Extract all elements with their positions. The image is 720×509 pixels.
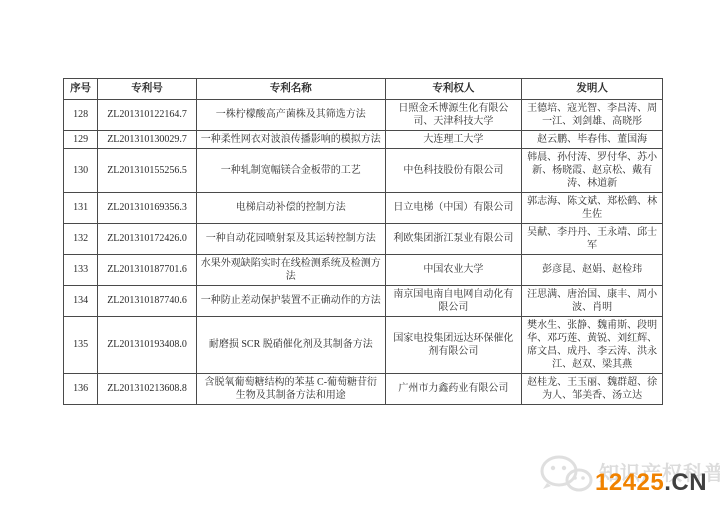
cell-title: 水果外观缺陷实时在线检测系统及检测方法 — [196, 254, 385, 285]
column-header: 序号 — [64, 79, 98, 100]
cell-patent-no: ZL201310130029.7 — [98, 130, 197, 148]
cell-inventors: 赵云鹏、毕春伟、董国海 — [522, 130, 663, 148]
cell-holder: 中色科技股份有限公司 — [385, 148, 522, 192]
cell-inventors: 樊水生、张静、魏甫斯、段明华、邓巧莲、黄锐、刘红辉、席文昌、成丹、李云涛、洪永江… — [522, 316, 663, 373]
table-row: 133ZL201310187701.6水果外观缺陷实时在线检测系统及检测方法中国… — [64, 254, 663, 285]
cell-patent-no: ZL201310122164.7 — [98, 99, 197, 130]
column-header: 专利号 — [98, 79, 197, 100]
watermark-suffix: .CN — [664, 469, 707, 496]
cell-holder: 大连理工大学 — [385, 130, 522, 148]
cell-serial: 133 — [64, 254, 98, 285]
cell-holder: 中国农业大学 — [385, 254, 522, 285]
cell-title: 耐磨损 SCR 脱硝催化剂及其制备方法 — [196, 316, 385, 373]
cell-patent-no: ZL201310187740.6 — [98, 285, 197, 316]
cell-holder: 日立电梯（中国）有限公司 — [385, 192, 522, 223]
cell-patent-no: ZL201310213608.8 — [98, 373, 197, 404]
cell-holder: 利欧集团浙江泵业有限公司 — [385, 223, 522, 254]
cell-title: 含脱氧葡萄糖结构的苯基 C-葡萄糖苷衍生物及其制备方法和用途 — [196, 373, 385, 404]
cell-title: 一种防止差动保护装置不正确动作的方法 — [196, 285, 385, 316]
table-body: 128ZL201310122164.7一株柠檬酸高产菌株及其筛选方法日照金禾博源… — [64, 99, 663, 404]
watermark-number: 12425 — [595, 469, 664, 496]
patent-table: 序号专利号专利名称专利权人发明人 128ZL201310122164.7一株柠檬… — [63, 78, 663, 405]
column-header: 专利权人 — [385, 79, 522, 100]
column-header: 专利名称 — [196, 79, 385, 100]
cell-title: 一种柔性网衣对波浪传播影响的模拟方法 — [196, 130, 385, 148]
cell-holder: 南京国电南自电网自动化有限公司 — [385, 285, 522, 316]
cell-inventors: 赵桂龙、王玉丽、魏群超、徐为人、邹美香、汤立达 — [522, 373, 663, 404]
cell-holder: 日照金禾博源生化有限公司、天津科技大学 — [385, 99, 522, 130]
table-row: 134ZL201310187740.6一种防止差动保护装置不正确动作的方法南京国… — [64, 285, 663, 316]
cell-holder: 国家电投集团远达环保催化剂有限公司 — [385, 316, 522, 373]
cell-serial: 131 — [64, 192, 98, 223]
wechat-logo-icon — [537, 453, 595, 500]
cell-inventors: 汪思满、唐治国、康丰、周小波、肖明 — [522, 285, 663, 316]
table-row: 135ZL201310193408.0耐磨损 SCR 脱硝催化剂及其制备方法国家… — [64, 316, 663, 373]
table-header-row: 序号专利号专利名称专利权人发明人 — [64, 79, 663, 100]
patent-table-container: 序号专利号专利名称专利权人发明人 128ZL201310122164.7一株柠檬… — [63, 78, 663, 405]
cell-holder: 广州市力鑫药业有限公司 — [385, 373, 522, 404]
cell-serial: 132 — [64, 223, 98, 254]
table-row: 136ZL201310213608.8含脱氧葡萄糖结构的苯基 C-葡萄糖苷衍生物… — [64, 373, 663, 404]
cell-title: 一种自动花园喷射泵及其运转控制方法 — [196, 223, 385, 254]
cell-title: 电梯启动补偿的控制方法 — [196, 192, 385, 223]
cell-serial: 134 — [64, 285, 98, 316]
cell-patent-no: ZL201310193408.0 — [98, 316, 197, 373]
table-row: 131ZL201310169356.3电梯启动补偿的控制方法日立电梯（中国）有限… — [64, 192, 663, 223]
cell-title: 一种轧制宽幅镁合金板带的工艺 — [196, 148, 385, 192]
cell-serial: 136 — [64, 373, 98, 404]
cell-serial: 135 — [64, 316, 98, 373]
cell-serial: 130 — [64, 148, 98, 192]
cell-inventors: 彭彦昆、赵娟、赵检玮 — [522, 254, 663, 285]
cell-inventors: 吴献、李丹丹、王永靖、邱士军 — [522, 223, 663, 254]
cell-serial: 129 — [64, 130, 98, 148]
cell-serial: 128 — [64, 99, 98, 130]
cell-inventors: 韩晨、孙付涛、罗付华、苏小新、杨晓霞、赵京松、戴有涛、林道新 — [522, 148, 663, 192]
column-header: 发明人 — [522, 79, 663, 100]
table-row: 129ZL201310130029.7一种柔性网衣对波浪传播影响的模拟方法大连理… — [64, 130, 663, 148]
watermark-site-name: 12425.CN — [595, 469, 707, 497]
cell-inventors: 郭志海、陈文斌、郑松鹤、林生佐 — [522, 192, 663, 223]
cell-inventors: 王德培、寇光智、李昌涛、周一江、刘剑雄、高晓彤 — [522, 99, 663, 130]
cell-patent-no: ZL201310169356.3 — [98, 192, 197, 223]
cell-patent-no: ZL201310187701.6 — [98, 254, 197, 285]
table-row: 130ZL201310155256.5一种轧制宽幅镁合金板带的工艺中色科技股份有… — [64, 148, 663, 192]
cell-patent-no: ZL201310172426.0 — [98, 223, 197, 254]
table-row: 132ZL201310172426.0一种自动花园喷射泵及其运转控制方法利欧集团… — [64, 223, 663, 254]
cell-title: 一株柠檬酸高产菌株及其筛选方法 — [196, 99, 385, 130]
table-row: 128ZL201310122164.7一株柠檬酸高产菌株及其筛选方法日照金禾博源… — [64, 99, 663, 130]
watermark: 知识产权科普 12425.CN — [537, 451, 712, 497]
cell-patent-no: ZL201310155256.5 — [98, 148, 197, 192]
document-page: 序号专利号专利名称专利权人发明人 128ZL201310122164.7一株柠檬… — [0, 0, 720, 509]
